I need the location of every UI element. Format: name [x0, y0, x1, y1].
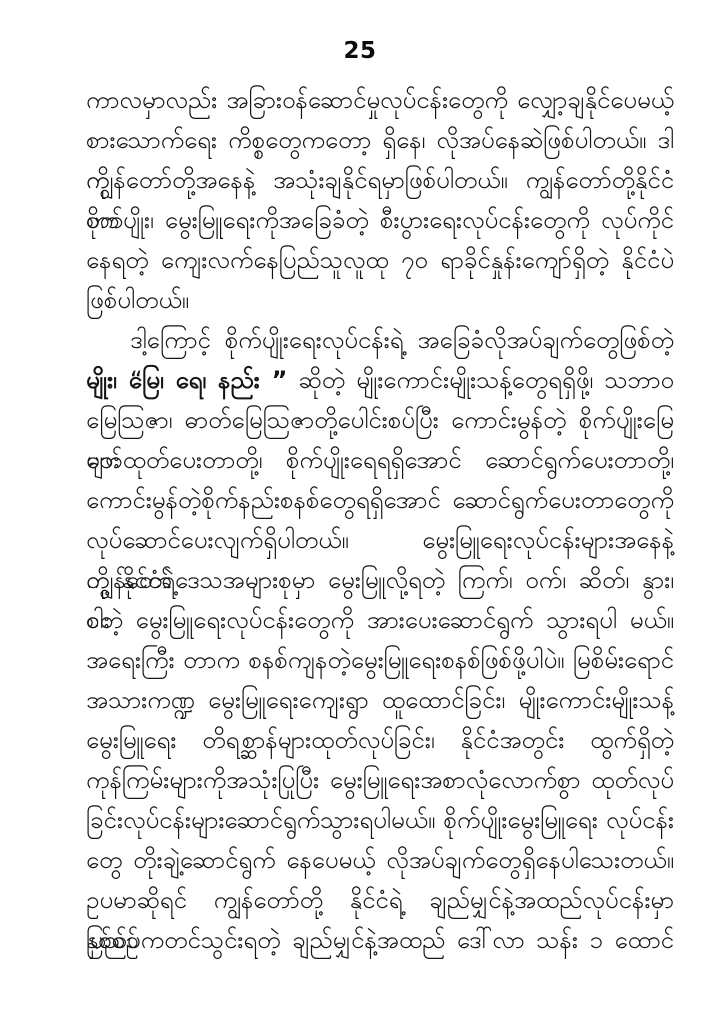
text-line: စိုက်ပျိုး၊ မွေးမြူရေးကိုအခြေခံတဲ့ စီးပွ… [86, 200, 674, 240]
bold-key-phrase: မျိုး၊ မြေ၊ ရေ၊ နည်း ” [86, 366, 287, 394]
text-line: တွေ တိုးချဲ့ဆောင်ရွက် နေပေမယ့် လိုအပ်ချက… [86, 840, 674, 880]
text-line: လုပ်ဆောင်ပေးလျက်ရှိပါတယ်။ မွေးမြူရေးလုပ်… [86, 520, 674, 560]
text-line: ဖော်ထုတ်ပေးတာတို့၊ စိုက်ပျိုးရေရရှိအောင်… [86, 440, 674, 480]
paragraph-2: ဒါ့ကြောင့် စိုက်ပျိုးရေးလုပ်ငန်းရဲ့ အခြေ… [86, 320, 674, 960]
text-line: အရေးကြီး တာက စနစ်ကျနတဲ့မွေးမြူရေးစနစ်ဖြစ… [86, 640, 674, 680]
text-line: တို့ နိုင်ငံရဲ့ဒေသအများစုမှာ မွေးမြူလို့… [86, 560, 674, 600]
text-line: ကျွန်တော်တို့အနေနဲ့ အသုံးချနိုင်ရမှာဖြစ်… [86, 160, 674, 200]
text-line: အသားကဏ္ဍ မွေးမြူရေးကျေးရွာ ထူထောင်ခြင်း၊… [86, 680, 674, 720]
document-page: 25 ကာလမှာလည်း အခြားဝန်ဆောင်မှုလုပ်ငန်းတွ… [0, 0, 720, 1018]
text-line: ကုန်ကြမ်းများကိုအသုံးပြုပြီး မွေးမြူရေးအ… [86, 760, 674, 800]
text-line: ကောင်းမွန်တဲ့စိုက်နည်းစနစ်တွေရရှိအောင် ဆ… [86, 480, 674, 520]
text-line-paragraph-indent: ဒါ့ကြောင့် စိုက်ပျိုးရေးလုပ်ငန်းရဲ့ အခြေ… [86, 320, 674, 360]
text-line: ခြင်းလုပ်ငန်းများဆောင်ရွက်သွားရပါမယ်။ စိ… [86, 800, 674, 840]
page-body: ကာလမှာလည်း အခြားဝန်ဆောင်မှုလုပ်ငန်းတွေကိ… [86, 80, 674, 960]
text-line: စားသောက်ရေး ကိစ္စတွေကတော့ ရှိနေ၊ လိုအပ်န… [86, 120, 674, 160]
paragraph-1: ကာလမှာလည်း အခြားဝန်ဆောင်မှုလုပ်ငန်းတွေကိ… [86, 80, 674, 320]
text-line: ကာလမှာလည်း အခြားဝန်ဆောင်မှုလုပ်ငန်းတွေကိ… [86, 80, 674, 120]
text-line: နေရတဲ့ ကျေးလက်နေပြည်သူလူထု ၇၀ ရာခိုင်နှု… [86, 240, 674, 280]
text-line: မြေဩဇာ၊ ဓာတ်မြေဩဇာတို့ပေါင်းစပ်ပြီး ကောင… [86, 400, 674, 440]
text-line: စတဲ့ မွေးမြူရေးလုပ်ငန်းတွေကို အားပေးဆောင… [86, 600, 674, 640]
text-run: ဆိုတဲ့ မျိုးကောင်းမျိုးသန့်တွေရရှိဖို့၊ … [287, 366, 674, 394]
page-number: 25 [0, 38, 720, 64]
text-line: ပြည်ပကတင်သွင်းရတဲ့ ချည်မျှင်နဲ့အထည် ဒေါ်… [86, 920, 674, 960]
text-line-with-bold-phrase: မျိုး၊ မြေ၊ ရေ၊ နည်း ” ဆိုတဲ့ မျိုးကောင်… [86, 360, 674, 400]
text-line: ဖြစ်ပါတယ်။ [86, 280, 674, 320]
text-line: မွေးမြူရေး တိရစ္ဆာန်များထုတ်လုပ်ခြင်း၊ န… [86, 720, 674, 760]
text-line: ဥပမာဆိုရင် ကျွန်တော်တို့ နိုင်ငံရဲ့ ချည်… [86, 880, 674, 920]
